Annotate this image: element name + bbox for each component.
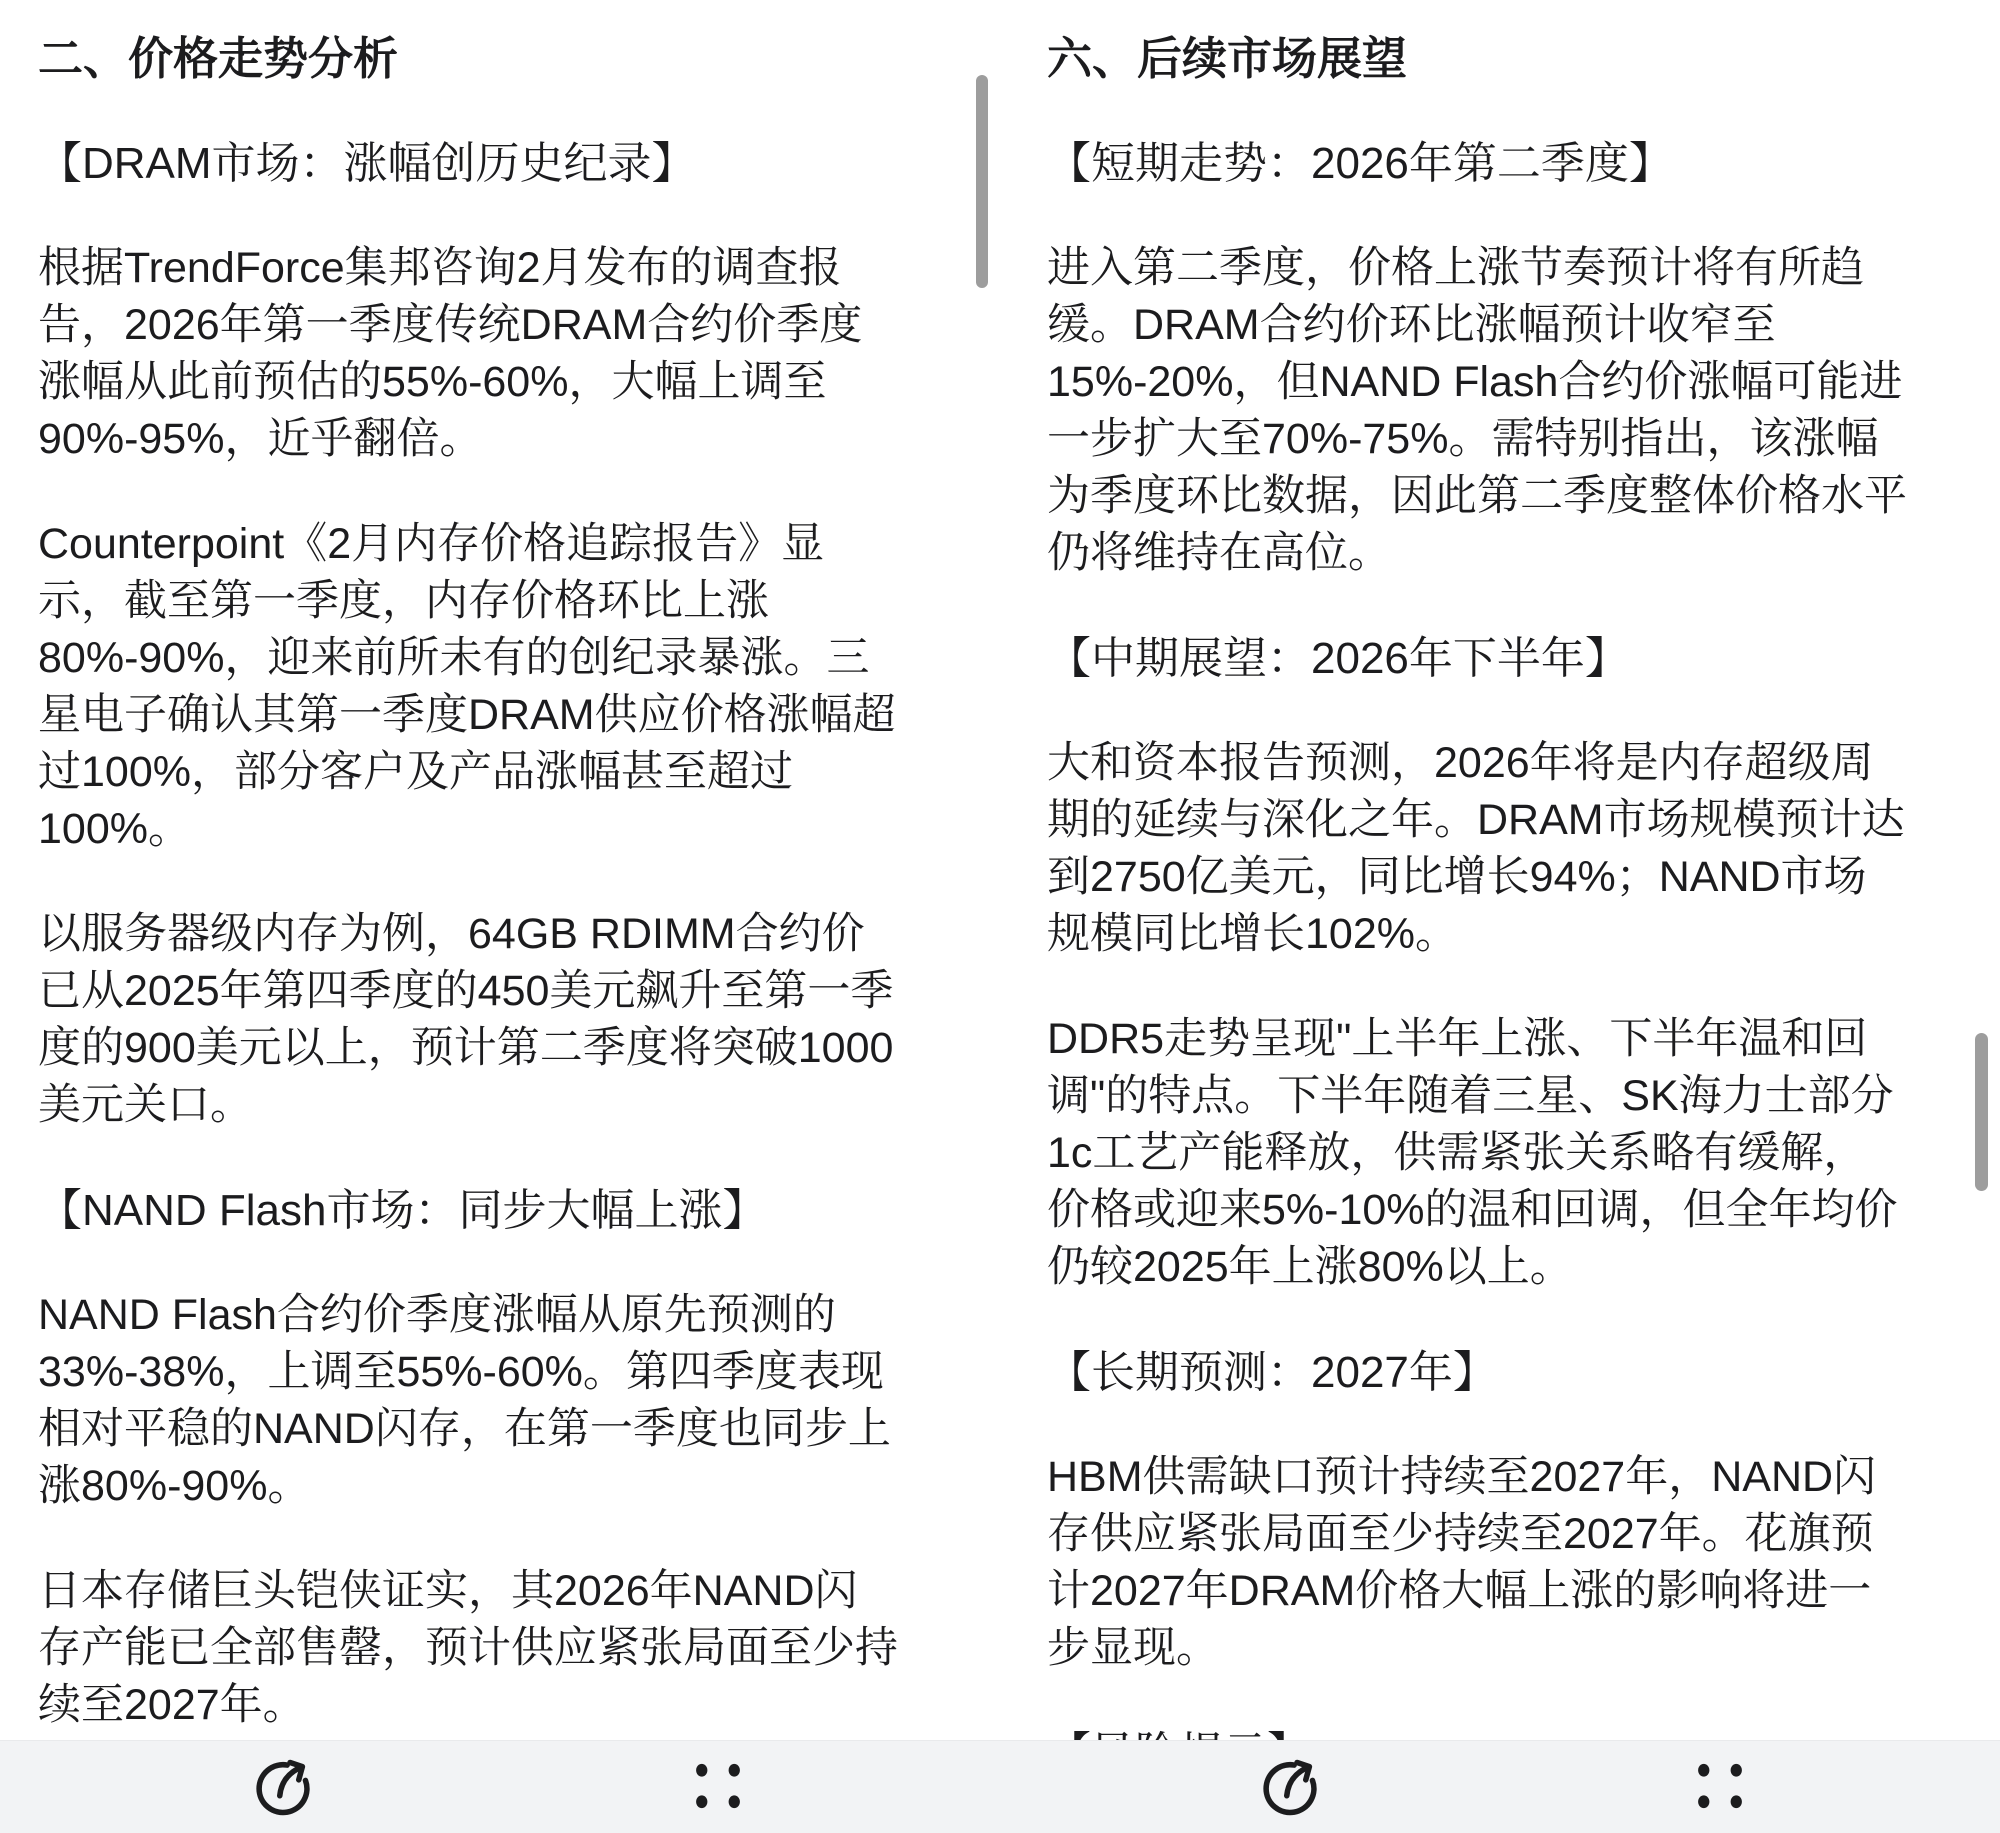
paragraph: DDR5走势呈现"上半年上涨、下半年温和回调"的特点。下半年随着三星、SK海力士…	[1047, 1011, 1907, 1296]
right-page-scrollbar[interactable]	[1975, 1033, 1988, 1191]
refresh-icon	[1259, 1755, 1321, 1817]
section-title: 二、价格走势分析	[38, 30, 900, 87]
paragraph: HBM供需缺口预计持续至2027年，NAND闪存供应紧张局面至少持续至2027年…	[1047, 1449, 1907, 1677]
subsection-heading: 【NAND Flash市场：同步大幅上涨】	[38, 1182, 900, 1239]
paragraph: NAND Flash合约价季度涨幅从原先预测的33%-38%，上调至55%-60…	[38, 1287, 900, 1515]
subsection-heading: 【长期预测：2027年】	[1047, 1344, 1907, 1401]
dot-grid-menu-icon	[692, 1760, 744, 1812]
subsection-heading: 【DRAM市场：涨幅创历史纪录】	[38, 135, 900, 192]
section-title: 六、后续市场展望	[1047, 30, 1907, 87]
refresh-icon	[252, 1755, 314, 1817]
right-page[interactable]: 六、后续市场展望 【短期走势：2026年第二季度】 进入第二季度，价格上涨节奏预…	[1000, 0, 2000, 1833]
reader-screen: 二、价格走势分析 【DRAM市场：涨幅创历史纪录】 根据TrendForce集邦…	[0, 0, 2000, 1833]
subsection-heading: 【中期展望：2026年下半年】	[1047, 630, 1907, 687]
left-refresh-button[interactable]	[250, 1753, 316, 1819]
dot-grid-menu-icon	[1694, 1760, 1746, 1812]
left-grid-menu-button[interactable]	[685, 1753, 751, 1819]
right-refresh-button[interactable]	[1257, 1753, 1323, 1819]
paragraph: 日本存储巨头铠侠证实，其2026年NAND闪存产能已全部售罄，预计供应紧张局面至…	[38, 1563, 900, 1734]
paragraph: 进入第二季度，价格上涨节奏预计将有所趋缓。DRAM合约价环比涨幅预计收窄至15%…	[1047, 240, 1907, 582]
paragraph: 根据TrendForce集邦咨询2月发布的调查报告，2026年第一季度传统DRA…	[38, 240, 900, 468]
bottom-toolbar	[0, 1740, 2000, 1833]
paragraph: Counterpoint《2月内存价格追踪报告》显示，截至第一季度，内存价格环比…	[38, 516, 900, 858]
left-page[interactable]: 二、价格走势分析 【DRAM市场：涨幅创历史纪录】 根据TrendForce集邦…	[0, 0, 1000, 1833]
paragraph: 以服务器级内存为例，64GB RDIMM合约价已从2025年第四季度的450美元…	[38, 906, 900, 1134]
right-grid-menu-button[interactable]	[1687, 1753, 1753, 1819]
paragraph: 大和资本报告预测，2026年将是内存超级周期的延续与深化之年。DRAM市场规模预…	[1047, 735, 1907, 963]
subsection-heading: 【短期走势：2026年第二季度】	[1047, 135, 1907, 192]
left-page-scrollbar[interactable]	[976, 75, 988, 288]
